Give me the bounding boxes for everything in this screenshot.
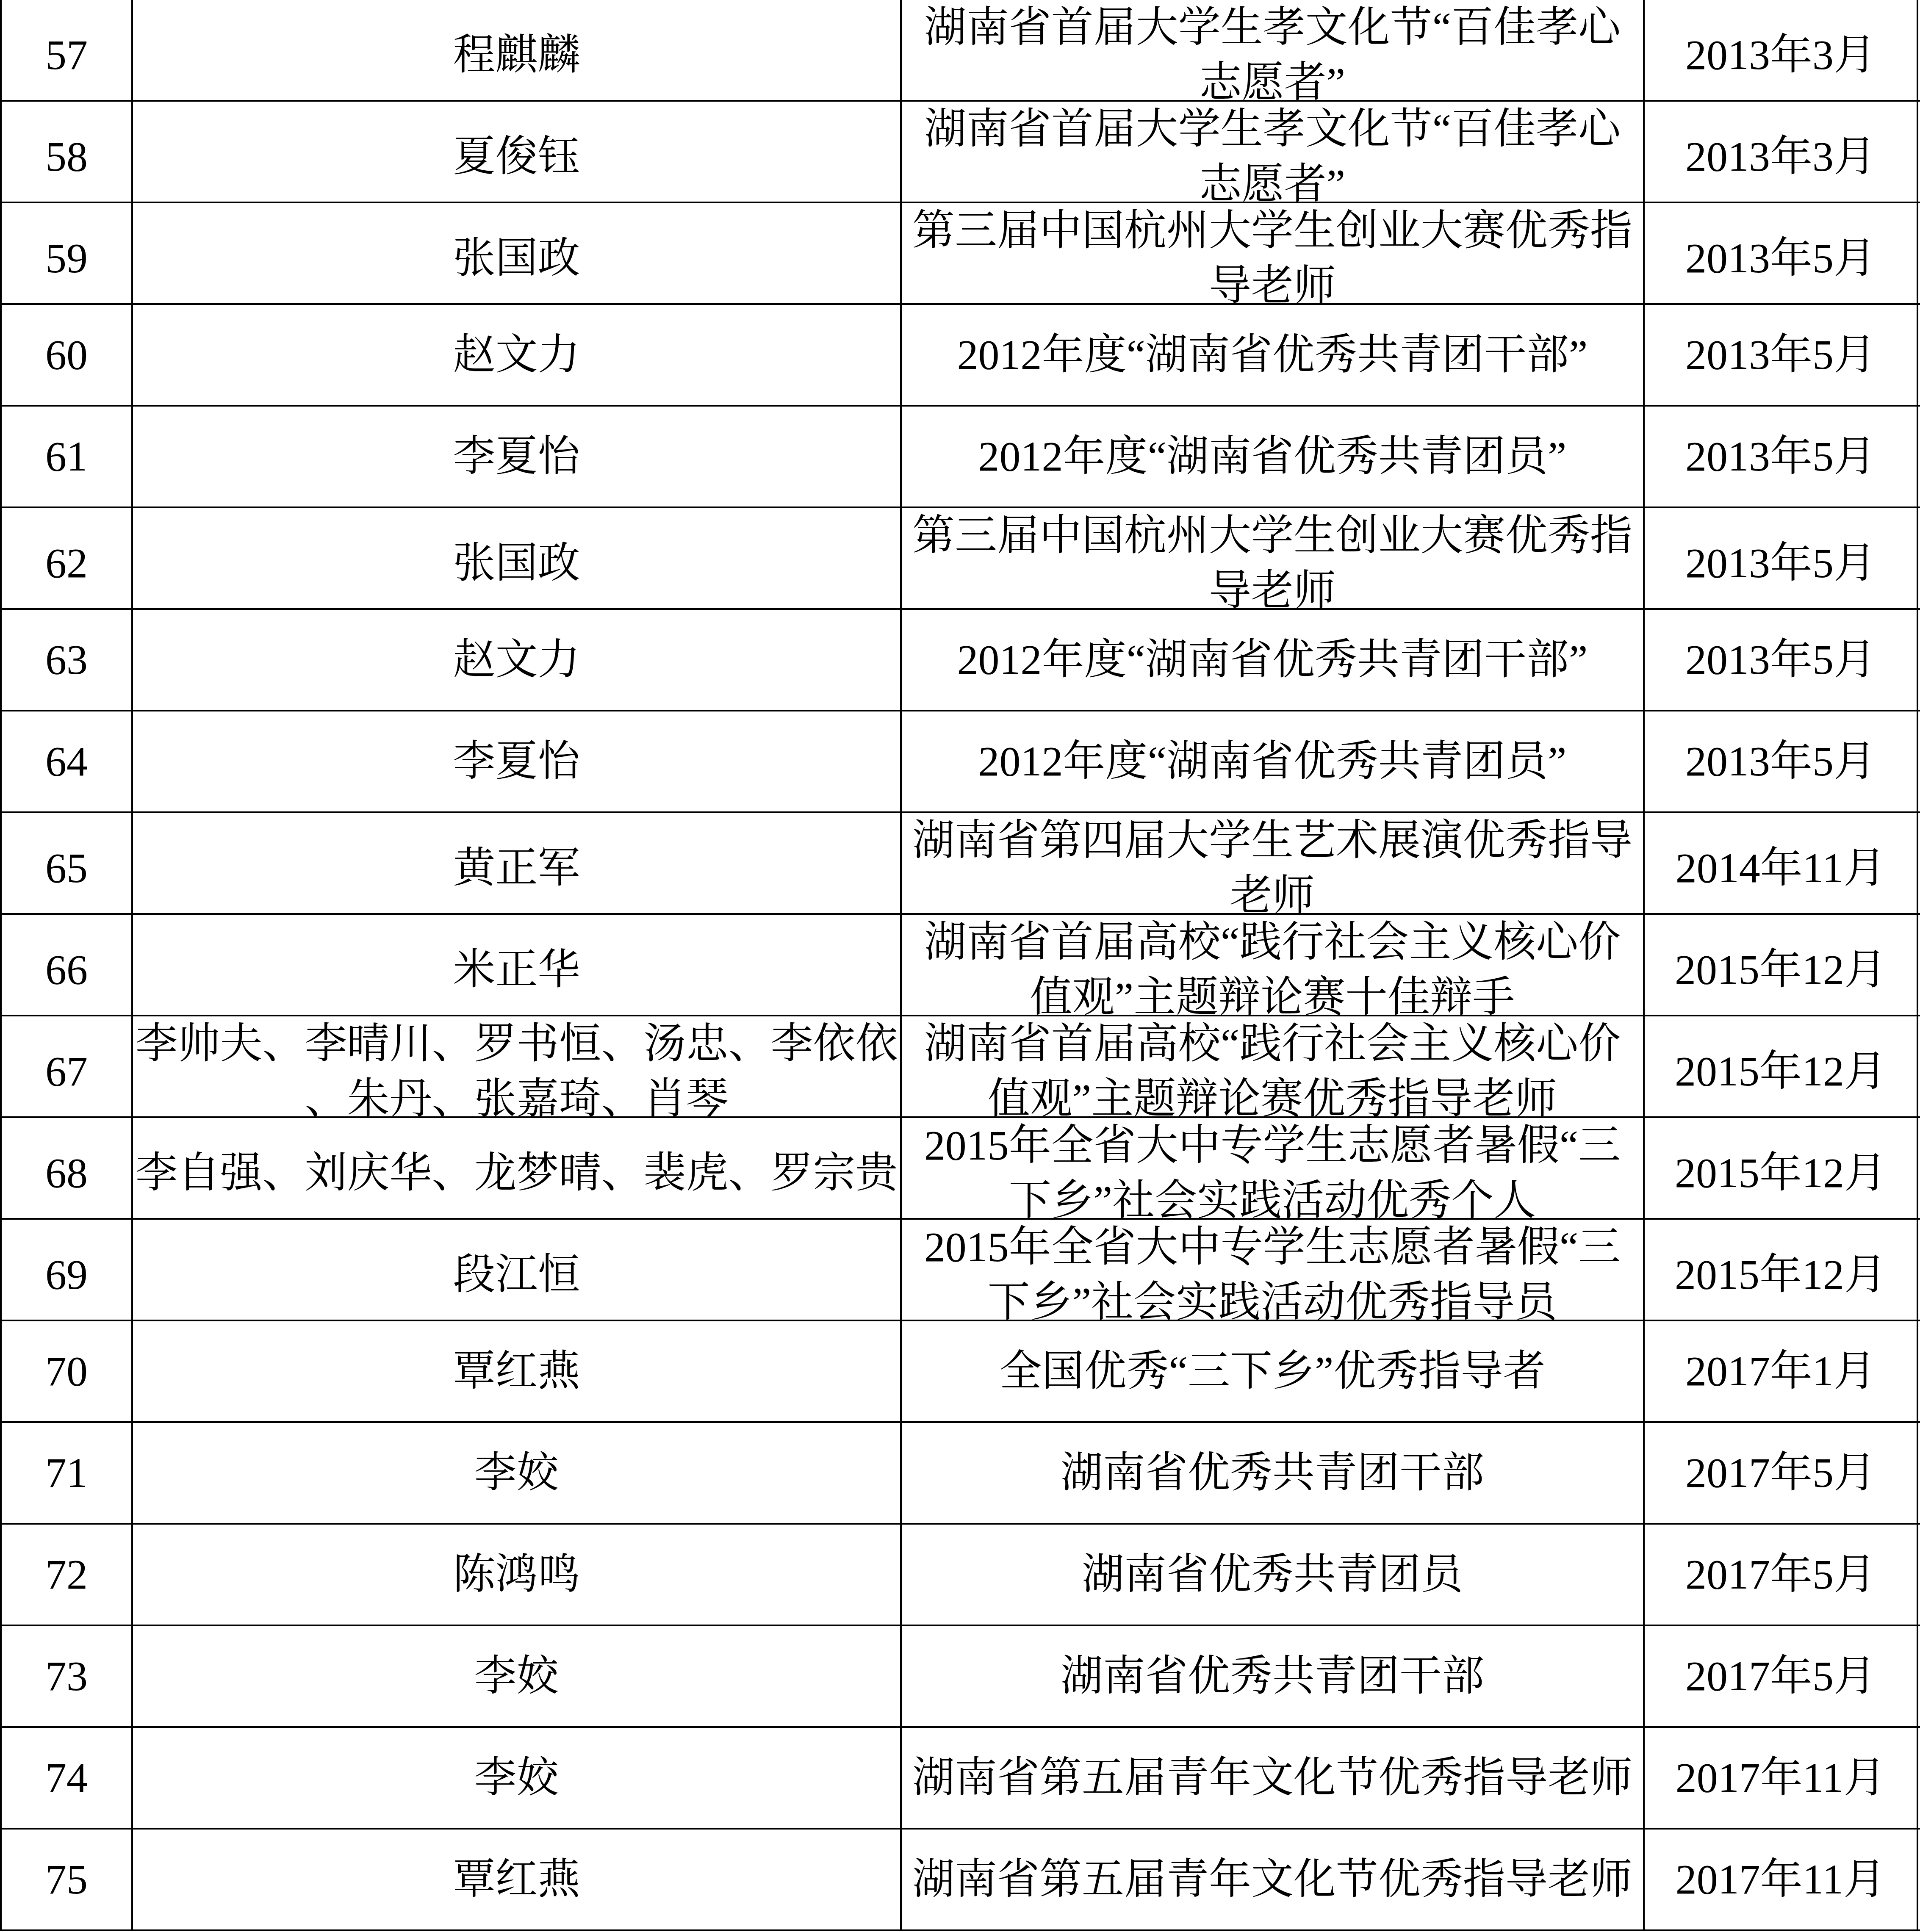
date-cell: 2017年1月 [1645,1321,1918,1421]
row-number-cell: 70 [2,1321,133,1421]
row-number-cell: 75 [2,1830,133,1929]
table-row: 63 赵文力 2012年度“湖南省优秀共青团干部” 2013年5月 [2,610,1920,711]
row-number-cell: 73 [2,1626,133,1726]
name-cell: 张国政 [133,508,902,618]
name-cell: 李夏怡 [133,407,902,507]
table-row: 74 李姣 湖南省第五届青年文化节优秀指导老师 2017年11月 [2,1728,1920,1830]
award-cell: 湖南省首届高校“践行社会主义核心价值观”主题辩论赛优秀指导老师 [902,1016,1645,1127]
table-row: 73 李姣 湖南省优秀共青团干部 2017年5月 [2,1626,1920,1728]
row-number-cell: 65 [2,813,133,923]
date-cell: 2017年11月 [1645,1728,1918,1828]
name-cell: 李姣 [133,1728,902,1828]
date-cell: 2013年5月 [1645,407,1918,507]
table-row: 64 李夏怡 2012年度“湖南省优秀共青团员” 2013年5月 [2,711,1920,813]
award-cell: 湖南省首届大学生孝文化节“百佳孝心志愿者” [902,0,1645,110]
row-number-cell: 64 [2,711,133,811]
table-row: 61 李夏怡 2012年度“湖南省优秀共青团员” 2013年5月 [2,407,1920,508]
date-cell: 2013年3月 [1645,0,1918,110]
table-row: 58 夏俊钰 湖南省首届大学生孝文化节“百佳孝心志愿者” 2013年3月 [2,102,1920,203]
table-row: 69 段江恒 2015年全省大中专学生志愿者暑假“三下乡”社会实践活动优秀指导员… [2,1220,1920,1321]
date-cell: 2015年12月 [1645,1220,1918,1330]
table-row: 60 赵文力 2012年度“湖南省优秀共青团干部” 2013年5月 [2,305,1920,407]
name-cell: 黄正军 [133,813,902,923]
row-number-cell: 59 [2,203,133,313]
name-cell: 覃红燕 [133,1830,902,1929]
date-cell: 2013年5月 [1645,711,1918,811]
award-cell: 2012年度“湖南省优秀共青团干部” [902,610,1645,710]
table-row: 62 张国政 第三届中国杭州大学生创业大赛优秀指导老师 2013年5月 [2,508,1920,610]
date-cell: 2013年5月 [1645,203,1918,313]
row-number-cell: 67 [2,1016,133,1127]
date-cell: 2017年5月 [1645,1525,1918,1625]
name-cell: 赵文力 [133,610,902,710]
row-number-cell: 60 [2,305,133,405]
date-cell: 2015年12月 [1645,1016,1918,1127]
table-row: 67 李帅夫、李晴川、罗书恒、汤忠、李依依、朱丹、张嘉琦、肖琴 湖南省首届高校“… [2,1016,1920,1118]
row-number-cell: 63 [2,610,133,710]
name-cell: 赵文力 [133,305,902,405]
row-number-cell: 58 [2,102,133,212]
date-cell: 2014年11月 [1645,813,1918,923]
date-cell: 2013年5月 [1645,610,1918,710]
table-row: 75 覃红燕 湖南省第五届青年文化节优秀指导老师 2017年11月 [2,1830,1920,1931]
award-cell: 2015年全省大中专学生志愿者暑假“三下乡”社会实践活动优秀指导员 [902,1220,1645,1330]
table-row: 70 覃红燕 全国优秀“三下乡”优秀指导者 2017年1月 [2,1321,1920,1423]
name-cell: 夏俊钰 [133,102,902,212]
award-cell: 湖南省第五届青年文化节优秀指导老师 [902,1728,1645,1828]
award-cell: 第三届中国杭州大学生创业大赛优秀指导老师 [902,203,1645,313]
row-number-cell: 61 [2,407,133,507]
date-cell: 2013年5月 [1645,305,1918,405]
table-row: 65 黄正军 湖南省第四届大学生艺术展演优秀指导老师 2014年11月 [2,813,1920,915]
date-cell: 2015年12月 [1645,915,1918,1025]
name-cell: 李姣 [133,1423,902,1523]
table-row: 57 程麒麟 湖南省首届大学生孝文化节“百佳孝心志愿者” 2013年3月 [2,0,1920,102]
award-cell: 2012年度“湖南省优秀共青团员” [902,407,1645,507]
name-cell: 米正华 [133,915,902,1025]
row-number-cell: 66 [2,915,133,1025]
date-cell: 2017年11月 [1645,1830,1918,1929]
date-cell: 2015年12月 [1645,1118,1918,1228]
name-cell: 李帅夫、李晴川、罗书恒、汤忠、李依依、朱丹、张嘉琦、肖琴 [133,1016,902,1127]
date-cell: 2013年3月 [1645,102,1918,212]
row-number-cell: 72 [2,1525,133,1625]
name-cell: 段江恒 [133,1220,902,1330]
row-number-cell: 69 [2,1220,133,1330]
award-cell: 第三届中国杭州大学生创业大赛优秀指导老师 [902,508,1645,618]
name-cell: 李夏怡 [133,711,902,811]
name-cell: 张国政 [133,203,902,313]
awards-table: 57 程麒麟 湖南省首届大学生孝文化节“百佳孝心志愿者” 2013年3月 58 … [0,0,1920,1931]
award-cell: 湖南省第四届大学生艺术展演优秀指导老师 [902,813,1645,923]
table-row: 72 陈鸿鸣 湖南省优秀共青团员 2017年5月 [2,1525,1920,1626]
table-row: 71 李姣 湖南省优秀共青团干部 2017年5月 [2,1423,1920,1525]
award-cell: 湖南省首届高校“践行社会主义核心价值观”主题辩论赛十佳辩手 [902,915,1645,1025]
name-cell: 陈鸿鸣 [133,1525,902,1625]
row-number-cell: 62 [2,508,133,618]
award-cell: 2012年度“湖南省优秀共青团员” [902,711,1645,811]
date-cell: 2017年5月 [1645,1423,1918,1523]
award-cell: 湖南省优秀共青团干部 [902,1626,1645,1726]
award-cell: 湖南省优秀共青团员 [902,1525,1645,1625]
award-cell: 湖南省优秀共青团干部 [902,1423,1645,1523]
name-cell: 李自强、刘庆华、龙梦晴、裴虎、罗宗贵 [133,1118,902,1228]
name-cell: 覃红燕 [133,1321,902,1421]
table-row: 66 米正华 湖南省首届高校“践行社会主义核心价值观”主题辩论赛十佳辩手 201… [2,915,1920,1016]
date-cell: 2013年5月 [1645,508,1918,618]
row-number-cell: 57 [2,0,133,110]
row-number-cell: 68 [2,1118,133,1228]
award-cell: 湖南省第五届青年文化节优秀指导老师 [902,1830,1645,1929]
table-row: 59 张国政 第三届中国杭州大学生创业大赛优秀指导老师 2013年5月 [2,203,1920,305]
name-cell: 程麒麟 [133,0,902,110]
row-number-cell: 74 [2,1728,133,1828]
table-row: 68 李自强、刘庆华、龙梦晴、裴虎、罗宗贵 2015年全省大中专学生志愿者暑假“… [2,1118,1920,1220]
award-cell: 全国优秀“三下乡”优秀指导者 [902,1321,1645,1421]
name-cell: 李姣 [133,1626,902,1726]
row-number-cell: 71 [2,1423,133,1523]
award-cell: 2015年全省大中专学生志愿者暑假“三下乡”社会实践活动优秀个人 [902,1118,1645,1228]
award-cell: 2012年度“湖南省优秀共青团干部” [902,305,1645,405]
award-cell: 湖南省首届大学生孝文化节“百佳孝心志愿者” [902,102,1645,212]
date-cell: 2017年5月 [1645,1626,1918,1726]
